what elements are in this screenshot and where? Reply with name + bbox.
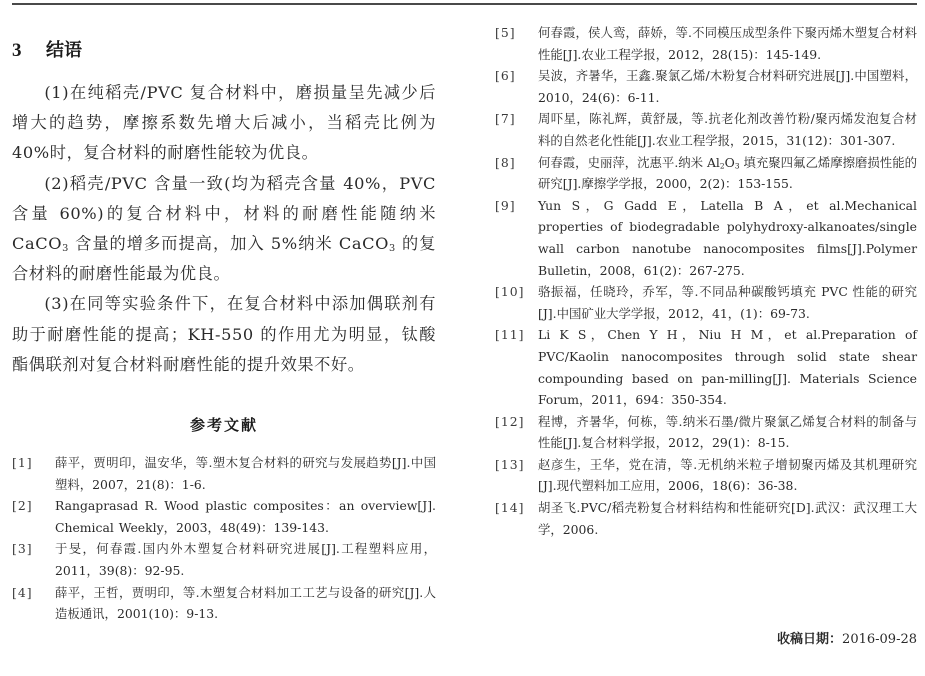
reference-text: 何春霞，侯人鸾，薛娇，等.不同模压成型条件下聚丙烯木塑复合材料性能[J].农业工… — [538, 22, 917, 65]
reference-label: [7] — [495, 108, 516, 130]
reference-label: [13] — [495, 454, 524, 476]
reference-text: 骆振福，任晓玲，乔军，等.不同品种碳酸钙填充 PVC 性能的研究[J].中国矿业… — [538, 281, 917, 324]
reference-text: 于旻，何春霞.国内外木塑复合材料研究进展[J].工程塑料应用，2011，39(8… — [55, 538, 436, 581]
reference-item: [9]Yun S，G Gadd E，Latella B A，et al.Mech… — [495, 195, 917, 281]
reference-item: [2]Rangaprasad R. Wood plastic composite… — [12, 495, 436, 538]
reference-label: [10] — [495, 281, 524, 303]
reference-item: [3]于旻，何春霞.国内外木塑复合材料研究进展[J].工程塑料应用，2011，3… — [12, 538, 436, 581]
reference-list-left: [1]薛平，贾明印，温安华，等.塑木复合材料的研究与发展趋势[J].中国塑料，2… — [12, 452, 436, 625]
reference-text: Li K S，Chen Y H，Niu H M，et al.Preparatio… — [538, 324, 917, 410]
reference-text: 周吓星，陈礼辉，黄舒晟，等.抗老化剂改善竹粉/聚丙烯发泡复合材料的自然老化性能[… — [538, 108, 917, 151]
reference-text: 程博，齐暑华，何栋，等.纳米石墨/微片聚氯乙烯复合材料的制备与性能[J].复合材… — [538, 411, 917, 454]
reference-text: Yun S，G Gadd E，Latella B A，et al.Mechani… — [538, 195, 917, 281]
reference-text: 赵彦生，王华，党在清，等.无机纳米粒子增韧聚丙烯及其机理研究[J].现代塑料加工… — [538, 454, 917, 497]
reference-item: [10]骆振福，任晓玲，乔军，等.不同品种碳酸钙填充 PVC 性能的研究[J].… — [495, 281, 917, 324]
reference-text: 吴波，齐暑华，王鑫.聚氯乙烯/木粉复合材料研究进展[J].中国塑料，2010，2… — [538, 65, 917, 108]
reference-label: [14] — [495, 497, 524, 519]
reference-text: 何春霞，史丽萍，沈惠平.纳米 Al2O3 填充聚四氟乙烯摩擦磨损性能的研究[J]… — [538, 152, 917, 195]
received-date-label: 收稿日期： — [777, 632, 842, 647]
reference-label: [5] — [495, 22, 516, 44]
reference-item: [5]何春霞，侯人鸾，薛娇，等.不同模压成型条件下聚丙烯木塑复合材料性能[J].… — [495, 22, 917, 65]
reference-item: [14]胡圣飞.PVC/稻壳粉复合材料结构和性能研究[D].武汉：武汉理工大学，… — [495, 497, 917, 540]
reference-label: [11] — [495, 324, 524, 346]
conclusion-paragraph: (3)在同等实验条件下，在复合材料中添加偶联剂有助于耐磨性能的提高；KH-550… — [12, 289, 436, 380]
reference-label: [2] — [12, 495, 33, 517]
reference-item: [8]何春霞，史丽萍，沈惠平.纳米 Al2O3 填充聚四氟乙烯摩擦磨损性能的研究… — [495, 152, 917, 195]
reference-label: [8] — [495, 152, 516, 174]
conclusion-paragraph: (2)稻壳/PVC 含量一致(均为稻壳含量 40%，PVC 含量 60%)的复合… — [12, 169, 436, 290]
reference-text: 薛平，贾明印，温安华，等.塑木复合材料的研究与发展趋势[J].中国塑料，2007… — [55, 452, 436, 495]
top-rule — [12, 3, 917, 5]
reference-text: Rangaprasad R. Wood plastic composites：a… — [55, 495, 436, 538]
reference-label: [6] — [495, 65, 516, 87]
references-heading: 参考文献 — [12, 414, 436, 435]
reference-label: [4] — [12, 582, 33, 604]
received-date: 收稿日期：2016-09-28 — [777, 628, 917, 647]
reference-list-right: [5]何春霞，侯人鸾，薛娇，等.不同模压成型条件下聚丙烯木塑复合材料性能[J].… — [495, 22, 917, 540]
reference-text: 胡圣飞.PVC/稻壳粉复合材料结构和性能研究[D].武汉：武汉理工大学，2006… — [538, 497, 917, 540]
reference-item: [11]Li K S，Chen Y H，Niu H M，et al.Prepar… — [495, 324, 917, 410]
reference-item: [7]周吓星，陈礼辉，黄舒晟，等.抗老化剂改善竹粉/聚丙烯发泡复合材料的自然老化… — [495, 108, 917, 151]
section-heading: 3结语 — [12, 36, 82, 62]
reference-label: [12] — [495, 411, 524, 433]
reference-item: [6]吴波，齐暑华，王鑫.聚氯乙烯/木粉复合材料研究进展[J].中国塑料，201… — [495, 65, 917, 108]
reference-label: [3] — [12, 538, 33, 560]
reference-item: [1]薛平，贾明印，温安华，等.塑木复合材料的研究与发展趋势[J].中国塑料，2… — [12, 452, 436, 495]
reference-label: [9] — [495, 195, 516, 217]
conclusions-body: (1)在纯稻壳/PVC 复合材料中，磨损量呈先减少后增大的趋势，摩擦系数先增大后… — [12, 78, 436, 380]
section-title: 结语 — [46, 40, 82, 61]
reference-item: [4]薛平，王哲，贾明印，等.木塑复合材料加工工艺与设备的研究[J].人造板通讯… — [12, 582, 436, 625]
reference-item: [13]赵彦生，王华，党在清，等.无机纳米粒子增韧聚丙烯及其机理研究[J].现代… — [495, 454, 917, 497]
conclusion-paragraph: (1)在纯稻壳/PVC 复合材料中，磨损量呈先减少后增大的趋势，摩擦系数先增大后… — [12, 78, 436, 169]
reference-text: 薛平，王哲，贾明印，等.木塑复合材料加工工艺与设备的研究[J].人造板通讯，20… — [55, 582, 436, 625]
received-date-value: 2016-09-28 — [842, 632, 917, 647]
reference-label: [1] — [12, 452, 33, 474]
section-number: 3 — [12, 40, 46, 62]
reference-item: [12]程博，齐暑华，何栋，等.纳米石墨/微片聚氯乙烯复合材料的制备与性能[J]… — [495, 411, 917, 454]
